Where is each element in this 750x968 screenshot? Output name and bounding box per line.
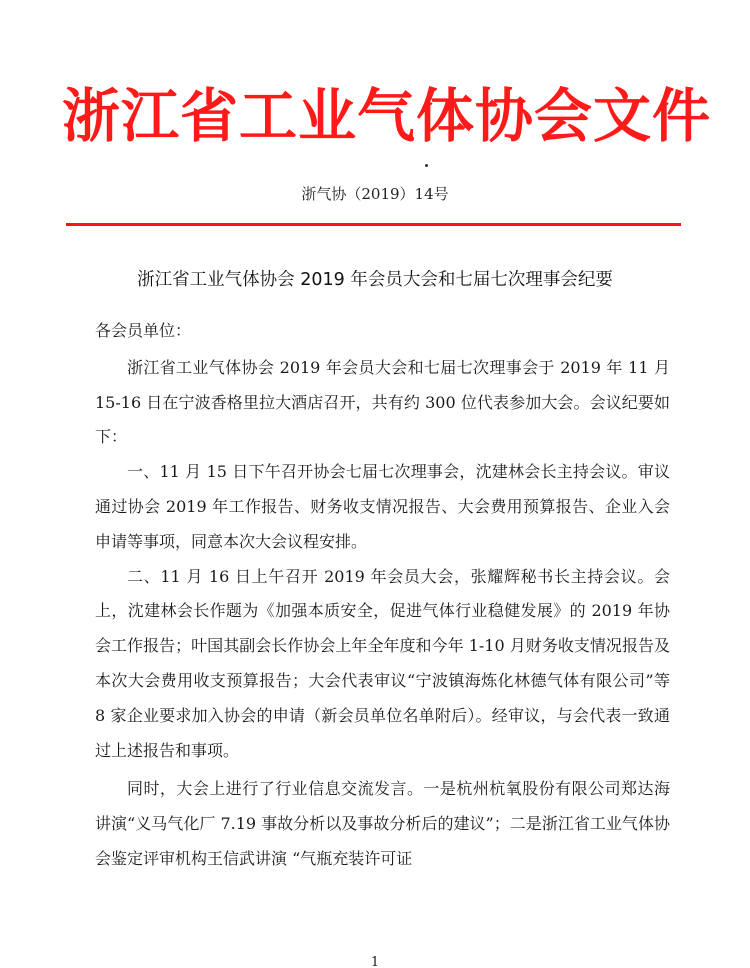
paragraph: 同时，大会上进行了行业信息交流发言。一是杭州杭氧股份有限公司郑达海讲演“义马气化… (95, 772, 670, 876)
document-title: 浙江省工业气体协会 2019 年会员大会和七届七次理事会纪要 (0, 266, 750, 291)
paragraph: 二、11 月 16 日上午召开 2019 年会员大会，张耀辉秘书长主持会议。会上… (95, 560, 670, 769)
paragraph: 一、11 月 15 日下午召开协会七届七次理事会，沈建林会长主持会议。审议通过协… (95, 455, 670, 559)
masthead-title: 浙江省工业气体协会文件 (62, 80, 702, 152)
document-body: 各会员单位： 浙江省工业气体协会 2019 年会员大会和七届七次理事会于 201… (95, 314, 670, 877)
scan-speck (425, 164, 428, 167)
salutation: 各会员单位： (95, 314, 670, 349)
document-number: 浙气协（2019）14号 (0, 183, 750, 204)
red-divider-line (66, 223, 681, 226)
page-number: 1 (0, 955, 750, 968)
paragraph: 浙江省工业气体协会 2019 年会员大会和七届七次理事会于 2019 年 11 … (95, 351, 670, 455)
